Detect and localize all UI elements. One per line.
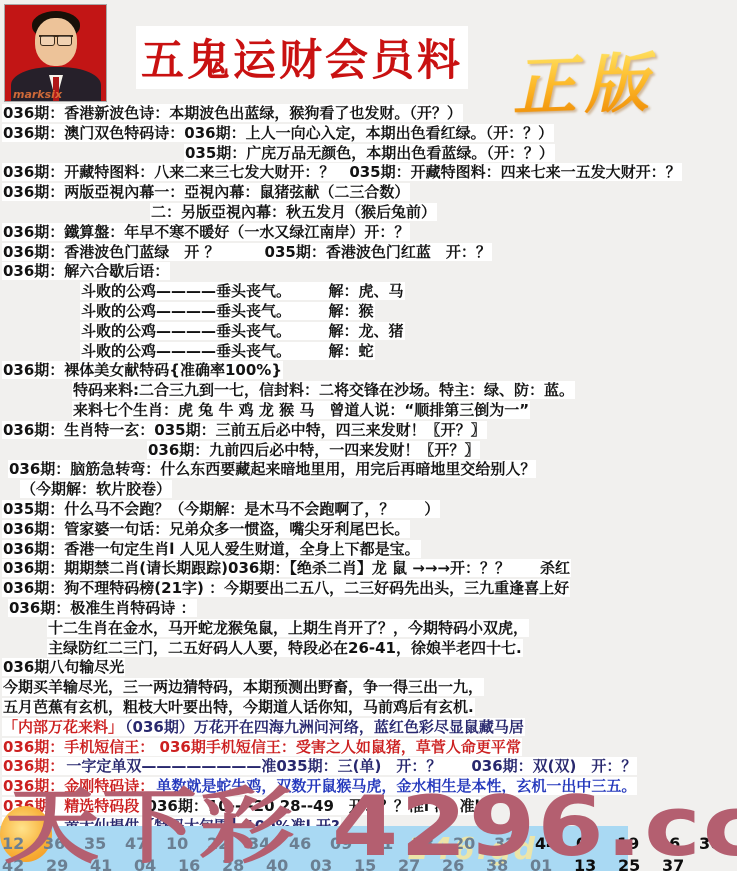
line-segment: 036期：鐵算盤：年早不寒不暖好（一水又绿江南岸）开：？ bbox=[2, 223, 410, 241]
line-segment: （今期解：软片胶卷） bbox=[20, 480, 172, 498]
text-line: 035期：什么马不会跑？（今期解：是木马不会跑啊了，？ ） bbox=[2, 500, 737, 520]
text-line: 036期：裸体美女献特码{准确率100%} bbox=[2, 361, 737, 381]
photo-watermark-label: marksix bbox=[13, 88, 62, 101]
portrait-photo: marksix bbox=[4, 4, 107, 102]
line-segment: 五月芭蕉有玄机，粗枝大叶要出特，今期道人话你知，马前鸡后有玄机. bbox=[2, 698, 475, 716]
line-segment: 特码来料:二合三九到一七，信封料：二将交锋在沙场。特主：绿、防：蓝。 bbox=[72, 381, 575, 399]
line-segment: 二：另版亞視內幕：秋五发月（猴后兔前） bbox=[150, 203, 437, 221]
text-line: 二：另版亞視內幕：秋五发月（猴后兔前） bbox=[2, 203, 737, 223]
line-segment: 036期：香港新波色诗：本期波色出蓝绿，猴狗看了也发财。（开？） bbox=[2, 104, 463, 122]
text-line: 斗败的公鸡————垂头丧气。 解：蛇 bbox=[2, 342, 737, 362]
text-line: 斗败的公鸡————垂头丧气。 解：猴 bbox=[2, 302, 737, 322]
line-segment: 036期：澳门双色特码诗：036期：上人一向心入定，本期出色看红绿。（开：？） bbox=[2, 124, 554, 142]
text-line: 036期：澳门双色特码诗：036期：上人一向心入定，本期出色看红绿。（开：？） bbox=[2, 124, 737, 144]
text-line: 036期：期期禁二肖(请长期跟踪)036期：【绝杀二肖】龙 鼠 →→→开：？？ … bbox=[2, 559, 737, 579]
line-segment: 036期：手机短信王： 036期手机短信王：受害之人如鼠猪，草菅人命更平常 bbox=[2, 738, 522, 756]
line-segment: 主绿防红二三门，二五好码人人要，特段必在26-41，徐娘半老四十七. bbox=[47, 639, 523, 657]
text-line: 036期：一字定单双————————准035期：三(单) 开：？ 036期：双(… bbox=[2, 757, 737, 777]
line-segment: 036期：管家婆一句话：兄弟众多一惯盗，嘴尖牙利尾巴长。 bbox=[2, 520, 410, 538]
text-line: 036期：解六合歇后语： bbox=[2, 262, 737, 282]
text-line: 036期：九前四后必中特，一四来发财！〖开？〗 bbox=[2, 441, 737, 461]
line-segment: 035期：什么马不会跑？（今期解：是木马不会跑啊了，？ ） bbox=[2, 500, 440, 518]
text-line: 特码来料:二合三九到一七，信封料：二将交锋在沙场。特主：绿、防：蓝。 bbox=[2, 381, 737, 401]
text-line: 来料七个生肖：虎 兔 牛 鸡 龙 猴 马 曾道人说：“顺排第三倒为一” bbox=[2, 401, 737, 421]
line-segment: 036期：狗不理特码榜(21字) ：今期要出二五八，二三好码先出头，三九重逢喜上… bbox=[2, 579, 570, 597]
line-segment: 036期八句输尽光 bbox=[2, 658, 125, 676]
text-line: 036期八句输尽光 bbox=[2, 658, 737, 678]
text-line: 036期：两版亞視內幕一：亞視內幕：鼠猪弦献（二三合数） bbox=[2, 183, 737, 203]
line-segment: （036期）万花开在四海九洲问河络，蓝红色彩尽显鼠藏马居 bbox=[124, 718, 525, 736]
page: marksix 五鬼运财会员料 正版 036期：香港新波色诗：本期波色出蓝绿，猴… bbox=[0, 0, 737, 871]
line-segment: 036期：生肖特一玄：035期：三前五后必中特，四三来发财！〖开？〗 bbox=[2, 421, 487, 439]
line-segment: 036期： bbox=[2, 757, 65, 775]
text-line: 「内部万花来料」（036期）万花开在四海九洲问河络，蓝红色彩尽显鼠藏马居 bbox=[2, 718, 737, 738]
text-line: 斗败的公鸡————垂头丧气。 解：龙、猪 bbox=[2, 322, 737, 342]
text-line: 主绿防红二三门，二五好码人人要，特段必在26-41，徐娘半老四十七. bbox=[2, 639, 737, 659]
page-title: 五鬼运财会员料 bbox=[136, 26, 468, 89]
line-segment: 036期：裸体美女献特码{准确率100%} bbox=[2, 361, 283, 379]
text-line: （今期解：软片胶卷） bbox=[2, 480, 737, 500]
line-segment: 036期：脑筋急转弯：什么东西要藏起来暗地里用，用完后再暗地里交给别人？ bbox=[8, 460, 536, 478]
line-segment: 来料七个生肖：虎 兔 牛 鸡 龙 猴 马 曾道人说：“顺排第三倒为一” bbox=[72, 401, 530, 419]
line-segment: 036期：两版亞視內幕一：亞視內幕：鼠猪弦献（二三合数） bbox=[2, 183, 410, 201]
line-segment: 035期：广庑万品无颜色，本期出色看蓝绿。（开：？） bbox=[184, 144, 555, 162]
line-segment: 036期：极准生肖特码诗 ： bbox=[8, 599, 197, 617]
text-line: 036期：生肖特一玄：035期：三前五后必中特，四三来发财！〖开？〗 bbox=[2, 421, 737, 441]
line-segment: 斗败的公鸡————垂头丧气。 解：猴 bbox=[80, 302, 375, 320]
site-watermark: 天下彩 4296.cc bbox=[4, 786, 737, 869]
line-segment: 036期：香港一句定生肖l 人见人爱生财道，全身上下都是宝。 bbox=[2, 540, 421, 558]
text-line: 五月芭蕉有玄机，粗枝大叶要出特，今期道人话你知，马前鸡后有玄机. bbox=[2, 698, 737, 718]
text-line: 036期：管家婆一句话：兄弟众多一惯盗，嘴尖牙利尾巴长。 bbox=[2, 520, 737, 540]
glasses-icon bbox=[39, 35, 73, 46]
line-segment: 「内部万花来料」 bbox=[2, 718, 124, 736]
line-segment: 斗败的公鸡————垂头丧气。 解：龙、猪 bbox=[80, 322, 405, 340]
line-segment: 036期：解六合歇后语： bbox=[2, 262, 170, 280]
text-line: 036期：香港一句定生肖l 人见人爱生财道，全身上下都是宝。 bbox=[2, 540, 737, 560]
line-segment: 036期：开藏特图料：八来二来三七发大财开：？ 035期：开藏特图料：四来七来一… bbox=[2, 163, 682, 181]
line-segment: 036期：期期禁二肖(请长期跟踪)036期：【绝杀二肖】龙 鼠 →→→开：？？ … bbox=[2, 559, 571, 577]
text-line: 036期：狗不理特码榜(21字) ：今期要出二五八，二三好码先出头，三九重逢喜上… bbox=[2, 579, 737, 599]
line-segment: 十二生肖在金水，马开蛇龙猴兔鼠，上期生肖开了？，今期特码小双虎， bbox=[47, 619, 529, 637]
line-segment: 今期买羊输尽光，三一两边猜特码，本期预测出野畜，争一得三出一九， bbox=[2, 678, 484, 696]
text-line: 036期：脑筋急转弯：什么东西要藏起来暗地里用，用完后再暗地里交给别人？ bbox=[2, 460, 737, 480]
text-line: 今期买羊输尽光，三一两边猜特码，本期预测出野畜，争一得三出一九， bbox=[2, 678, 737, 698]
line-segment: 斗败的公鸡————垂头丧气。 解：虎、马 bbox=[80, 282, 405, 300]
line-segment: 斗败的公鸡————垂头丧气。 解：蛇 bbox=[80, 342, 375, 360]
text-line: 斗败的公鸡————垂头丧气。 解：虎、马 bbox=[2, 282, 737, 302]
line-segment: 036期：九前四后必中特，一四来发财！〖开？〗 bbox=[147, 441, 480, 459]
line-segment: 036期：香港波色门蓝绿 开 ？ 035期：香港波色门红蓝 开：？ bbox=[2, 243, 492, 261]
text-line: 035期：广庑万品无颜色，本期出色看蓝绿。（开：？） bbox=[2, 144, 737, 164]
text-line: 036期：手机短信王： 036期手机短信王：受害之人如鼠猪，草菅人命更平常 bbox=[2, 738, 737, 758]
text-line: 036期：开藏特图料：八来二来三七发大财开：？ 035期：开藏特图料：四来七来一… bbox=[2, 163, 737, 183]
text-line: 036期：极准生肖特码诗 ： bbox=[2, 599, 737, 619]
line-segment: 一字定单双————————准035期：三(单) 开：？ 036期：双(双) 开：… bbox=[65, 757, 637, 775]
text-line: 十二生肖在金水，马开蛇龙猴兔鼠，上期生肖开了？，今期特码小双虎， bbox=[2, 619, 737, 639]
content-lines: 036期：香港新波色诗：本期波色出蓝绿，猴狗看了也发财。（开？）036期：澳门双… bbox=[2, 104, 737, 836]
text-line: 036期：鐵算盤：年早不寒不暖好（一水又绿江南岸）开：？ bbox=[2, 223, 737, 243]
authentic-badge: 正版 bbox=[510, 32, 657, 129]
text-line: 036期：香港波色门蓝绿 开 ？ 035期：香港波色门红蓝 开：？ bbox=[2, 243, 737, 263]
